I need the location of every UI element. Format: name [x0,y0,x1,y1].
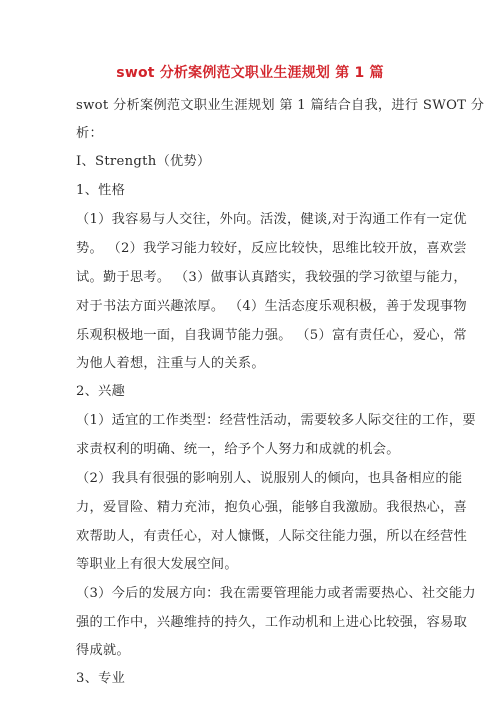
paragraph-line: 势。 （2）我学习能力较好，反应比较快，思维比较开放，喜欢尝 [76,237,467,256]
document-title: swot 分析案例范文职业生涯规划 第 1 篇 [0,62,500,82]
subheading-major: 3、专业 [76,667,125,686]
paragraph-line: 力，爱冒险、精力充沛，抱负心强，能够自我激励。我很热心，喜 [76,496,467,515]
paragraph-line: 强的工作中，兴趣维持的持久，工作动机和上进心比较强，容易取 [76,611,467,630]
paragraph-line: （3）今后的发展方向：我在需要管理能力或者需要热心、社交能力 [76,582,476,601]
paragraph-line: 乐观积极地一面，自我调节能力强。 （5）富有责任心，爱心，常 [76,324,467,343]
paragraph-line: 得成就。 [76,639,130,658]
paragraph-line: 试。勤于思考。 （3）做事认真踏实，我较强的学习欲望与能力， [76,266,467,285]
paragraph-line: 等职业上有很大发展空间。 [76,553,238,572]
paragraph-line: 析： [76,122,103,141]
section-heading-strength: Ⅰ、Strength（优势） [76,150,211,169]
paragraph-line: 对于书法方面兴趣浓厚。 （4）生活态度乐观积极，善于发现事物 [76,295,467,314]
paragraph-line: 求责权利的明确、统一，给予个人努力和成就的机会。 [76,438,400,457]
paragraph-line: （1）我容易与人交往，外向。活泼，健谈,对于沟通工作有一定优 [76,208,467,227]
paragraph-line: 为他人着想，注重与人的关系。 [76,352,265,371]
subheading-interests: 2、兴趣 [76,380,125,399]
document-page: swot 分析案例范文职业生涯规划 第 1 篇 swot 分析案例范文职业生涯规… [0,0,500,707]
paragraph-line: swot 分析案例范文职业生涯规划 第 1 篇结合自我，进行 SWOT 分 [76,94,484,113]
subheading-personality: 1、性格 [76,179,125,198]
paragraph-line: 欢帮助人，有责任心，对人慷慨，人际交往能力强，所以在经营性 [76,525,467,544]
paragraph-line: （1）适宜的工作类型：经营性活动，需要较多人际交往的工作，要 [76,409,476,428]
paragraph-line: （2）我具有很强的影响别人、说服别人的倾向，也具备相应的能 [76,467,462,486]
